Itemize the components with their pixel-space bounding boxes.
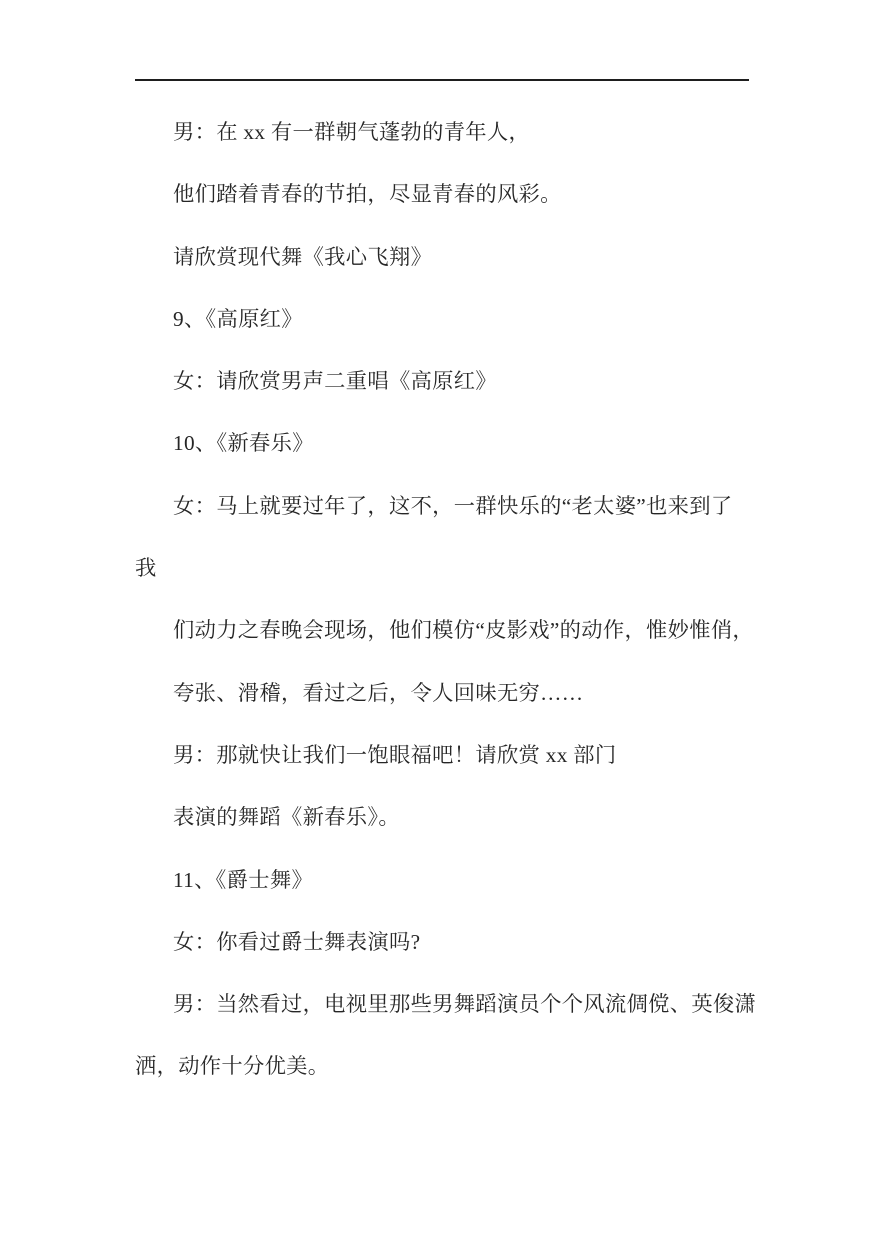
doc-line: 表演的舞蹈《新春乐》。 xyxy=(135,786,753,848)
doc-line: 们动力之春晚会现场，他们模仿“皮影戏”的动作，惟妙惟俏， xyxy=(135,599,753,661)
document-body: 男：在 xx 有一群朝气蓬勃的青年人， 他们踏着青春的节拍，尽显青春的风彩。 请… xyxy=(135,101,753,1098)
doc-line: 女：马上就要过年了，这不，一群快乐的“老太婆”也来到了 xyxy=(135,475,753,537)
doc-line: 女：你看过爵士舞表演吗? xyxy=(135,911,753,973)
doc-line: 男：在 xx 有一群朝气蓬勃的青年人， xyxy=(135,101,753,163)
header-divider-rule xyxy=(135,79,749,81)
doc-line-wrap: 洒，动作十分优美。 xyxy=(135,1035,753,1097)
doc-line: 女：请欣赏男声二重唱《高原红》 xyxy=(135,350,753,412)
doc-line-item-number-11: 11、《爵士舞》 xyxy=(135,849,753,911)
doc-line: 夸张、滑稽，看过之后，令人回味无穷…… xyxy=(135,662,753,724)
doc-line: 请欣赏现代舞《我心飞翔》 xyxy=(135,226,753,288)
doc-line: 男：那就快让我们一饱眼福吧！请欣赏 xx 部门 xyxy=(135,724,753,786)
document-page: 男：在 xx 有一群朝气蓬勃的青年人， 他们踏着青春的节拍，尽显青春的风彩。 请… xyxy=(0,0,884,1250)
doc-line-item-number-9: 9、《高原红》 xyxy=(135,288,753,350)
doc-line-item-number-10: 10、《新春乐》 xyxy=(135,412,753,474)
doc-line-wrap: 我 xyxy=(135,537,753,599)
doc-line: 男：当然看过，电视里那些男舞蹈演员个个风流倜傥、英俊潇 xyxy=(135,973,753,1035)
doc-line: 他们踏着青春的节拍，尽显青春的风彩。 xyxy=(135,163,753,225)
